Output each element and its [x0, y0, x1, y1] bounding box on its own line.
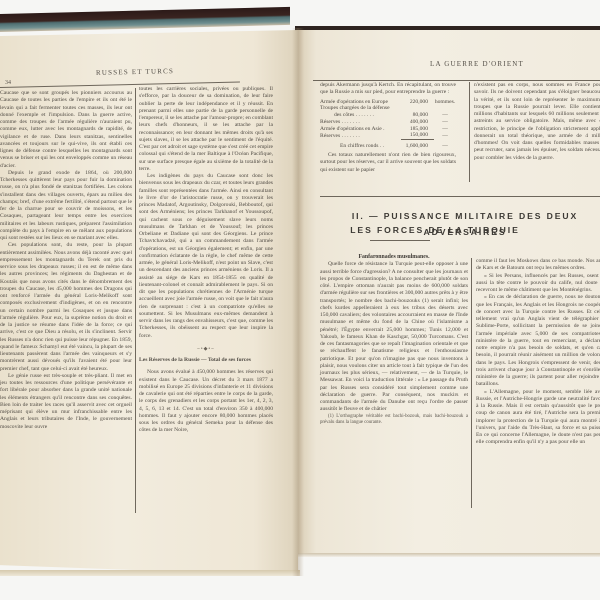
right-running-head: LA GUERRE D'ORIENT	[430, 60, 524, 68]
subsection-title: Les Réserves de la Russie — Total de ses…	[139, 357, 273, 364]
paragraph: Nous avons évalué à 450,000 hommes les r…	[139, 369, 273, 434]
section-rule	[320, 196, 600, 197]
paragraph: Ces populations sont, du reste, pour la …	[0, 242, 132, 373]
left-page-bottom-edge	[0, 570, 300, 576]
paragraph: « Si les Persans, influencés par les Rus…	[476, 273, 600, 295]
paragraph: Quelle force de résistance la Turquie pe…	[320, 261, 468, 413]
right-bottom-column-divider	[471, 258, 472, 508]
section-title-line-2: LES FORCES DE LA TURQUIE	[300, 222, 570, 238]
paragraph: Caucase que se sont groupés les pionnier…	[0, 90, 132, 170]
paragraph: depuis Akermann jusqu'à Kertch. En récap…	[320, 82, 456, 97]
paragraph: comme il faut les Moskows dans ce bas mo…	[476, 258, 600, 273]
table-row: des côtes . . . . . . . 80,000 —	[320, 112, 456, 119]
left-page-column-1: Caucase que se sont groupés les pionnier…	[0, 90, 132, 431]
left-page-column-2: toutes les carrières sociales, privées o…	[139, 86, 273, 435]
book-cover-edge-left	[0, 7, 290, 32]
army-recap-table: Armée d'opérations en Europe 220,000 hom…	[320, 99, 456, 151]
right-top-column-divider	[469, 82, 470, 182]
table-total-row: En chiffres ronds . . 1,600,000 —	[320, 140, 456, 150]
table-row: Réserves . . . . . . . 400,000 —	[320, 119, 456, 126]
left-column-divider	[135, 88, 136, 513]
right-page-bottom-edge	[298, 553, 600, 557]
section-ornament: ~•◆•~	[139, 346, 273, 353]
right-page-top-column-2: n'existent pas en corps, nous sommes en …	[474, 82, 600, 162]
right-page-bottom-column-1: Fanfaronnades musulmanes. Quelle force d…	[320, 254, 468, 426]
paragraph: Les indigènes du pays du Caucase sont do…	[139, 173, 273, 340]
right-page-bottom-column-2: comme il faut les Moskows dans ce bas mo…	[476, 258, 600, 447]
paragraph: Depuis le grand exode de 1864, où 200,00…	[0, 170, 132, 243]
footnote: (1) L'orthographe véritable est bachi-bo…	[320, 414, 468, 426]
paragraph: « En cas de déclaration de guerre, nous …	[476, 294, 600, 388]
paragraph: Ces totaux naturellement n'ont rien de b…	[320, 152, 456, 174]
paragraph: « L'Allemagne, pour le moment, semble li…	[476, 389, 600, 447]
right-page-top-column-1: depuis Akermann jusqu'à Kertch. En récap…	[320, 82, 456, 174]
paragraph: toutes les carrières sociales, privées o…	[139, 86, 273, 173]
table-row: Réserves . . . . . . . 150,000 —	[320, 132, 456, 139]
left-page-number: 34	[5, 80, 11, 86]
book-spine-gutter	[292, 28, 304, 576]
paragraph: n'existent pas en corps, nous sommes en …	[474, 82, 600, 162]
open-book-photo: 34 RUSSES ET TURCS Caucase que se sont g…	[0, 0, 600, 600]
table-row: Armée d'opérations en Asie . 185,000 —	[320, 126, 456, 133]
right-head-rule	[313, 80, 600, 81]
paragraph: Le génie russe est très-souple et très-p…	[0, 373, 132, 431]
section-title-underline	[370, 240, 430, 241]
table-row: Troupes chargées de la défense	[320, 105, 456, 112]
